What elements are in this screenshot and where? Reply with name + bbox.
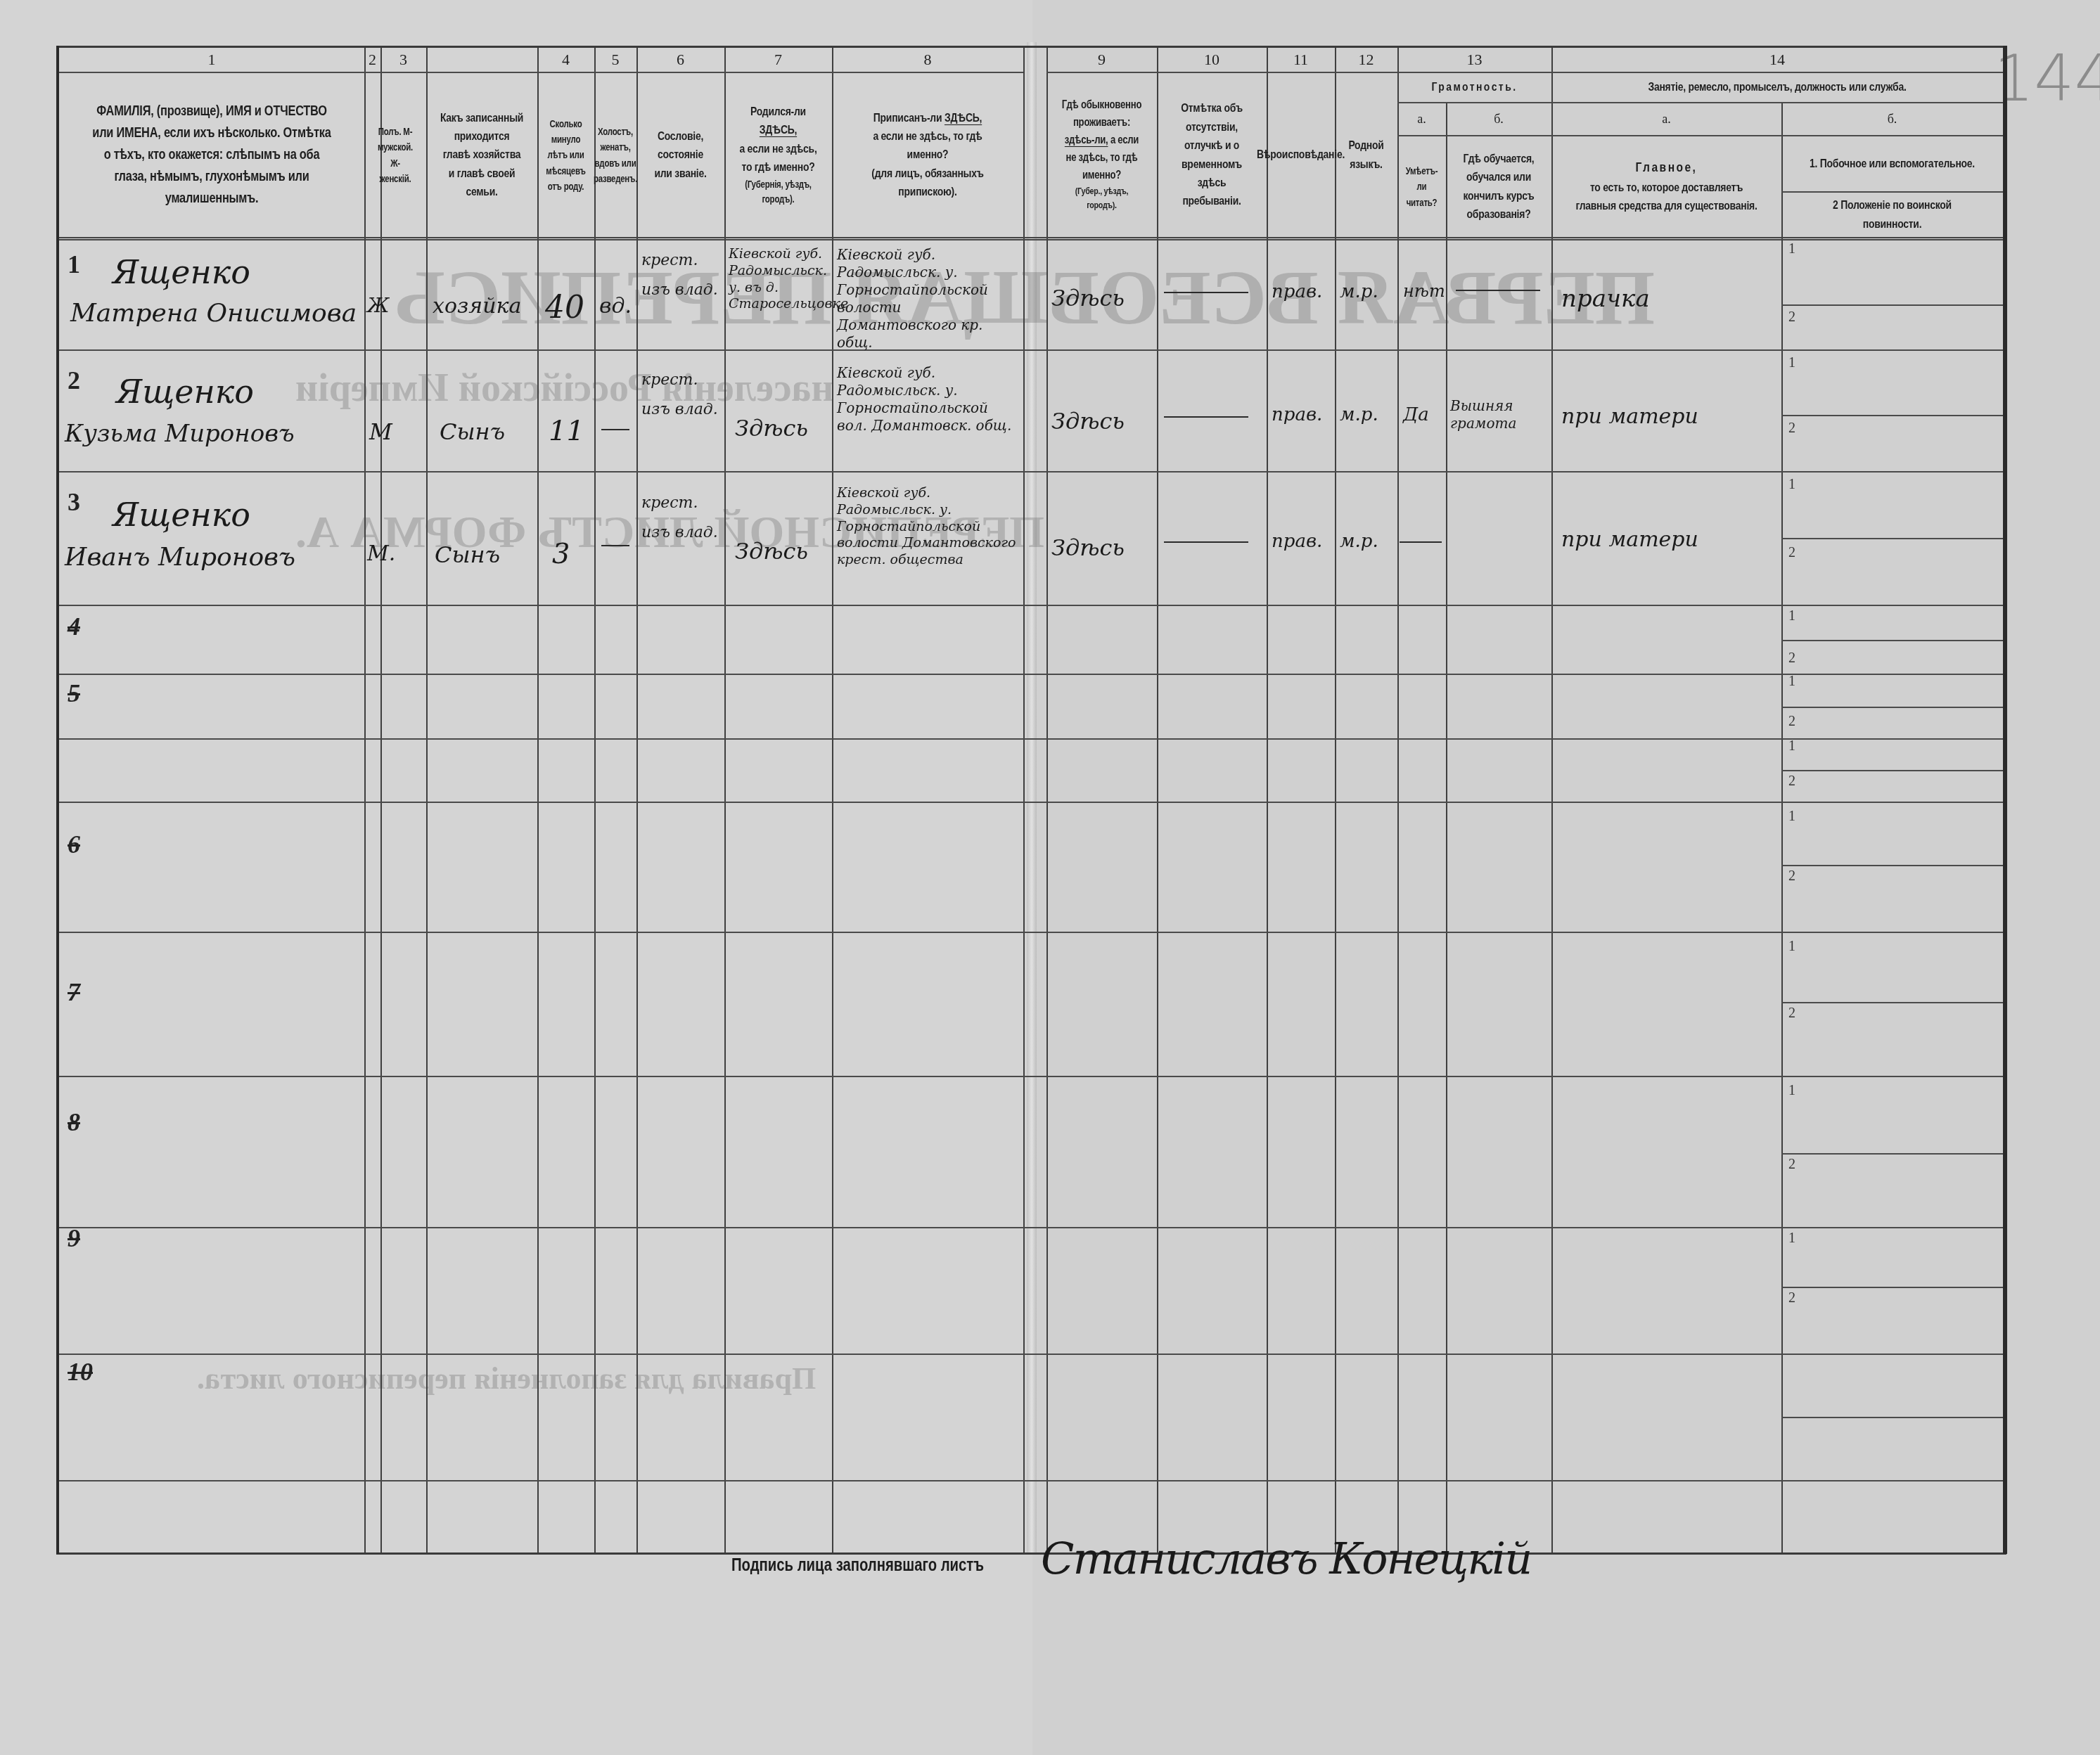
col-num-8: 8 [832, 48, 1023, 72]
col-divider [1397, 48, 1399, 1552]
row-rule [59, 932, 2003, 933]
row3-absence-dash [1164, 541, 1248, 543]
sub-rule [1781, 770, 2003, 771]
row-rule [59, 1354, 2003, 1355]
sub-rule [1781, 538, 2003, 539]
col-divider [1046, 48, 1048, 1552]
col-num-3: 3 [380, 48, 426, 72]
row-rule [59, 1076, 2003, 1077]
col-divider [1267, 48, 1268, 1552]
sub-rule [1781, 707, 2003, 708]
row-number-2: 2 [68, 366, 80, 395]
row3-religion: прав. [1272, 531, 1322, 552]
row3-sex: М. [367, 541, 395, 566]
col-header-marital: Холостъ, женатъ, вдовъ или разведенъ. [598, 73, 632, 237]
col-divider [724, 48, 726, 1552]
occupation-a-header: Главное, то есть то, которое доставляетъ… [1572, 136, 1760, 237]
col-num-1: 1 [59, 48, 364, 72]
sub-label: 1 [1788, 809, 1795, 825]
sub-rule [1781, 304, 2003, 306]
col-header-literacy: Грамотность. [1411, 73, 1538, 102]
col-divider [380, 48, 382, 1552]
row1-literacy-a: нѣт [1403, 281, 1445, 301]
row1-estate: крест. изъ влад. [641, 246, 722, 305]
col-header-residence: Гдѣ обыкновенно проживаетъ: здѣсь-ли, а … [1056, 73, 1147, 237]
sub-label: 1 [1788, 241, 1795, 257]
row-rule [59, 802, 2003, 803]
row2-literacy-a: Да [1403, 404, 1429, 425]
sub-label: 2 [1788, 1290, 1795, 1306]
sub-label: 2 [1788, 714, 1795, 730]
row2-language: м.р. [1340, 404, 1378, 425]
sub-label: 1 [1788, 738, 1795, 754]
census-table-frame [56, 46, 2006, 1555]
row2-registered: Кiевской губ. Радомысльск. у. Горностайп… [837, 364, 1020, 435]
row-rule [59, 674, 2003, 675]
sub-rule [1781, 865, 2003, 866]
col-divider [1023, 48, 1025, 1552]
sub-rule [1781, 1002, 2003, 1003]
row3-relation: Сынъ [435, 541, 500, 568]
row2-absence-dash [1164, 416, 1248, 418]
col-divider [594, 48, 596, 1552]
col-num-3b [426, 48, 537, 72]
col-header-absence: Отмѣтка объ отсутствіи, отлучкѣ и о врем… [1167, 73, 1257, 237]
row1-language: м.р. [1340, 281, 1378, 302]
row1-age: 40 [545, 290, 584, 326]
row1-religion: прав. [1272, 281, 1322, 302]
col-num-12: 12 [1335, 48, 1397, 72]
row2-birthplace: Здѣсь [735, 415, 808, 442]
sub-label: 2 [1788, 1005, 1795, 1022]
row2-residence: Здѣсь [1051, 408, 1125, 435]
sub-label: 1 [1788, 939, 1795, 955]
row1-birthplace: Кiевской губ. Радомысльск. у. въ д. Стар… [729, 246, 831, 313]
literacy-b-header: Гдѣ обучается, обучался или кончилъ курс… [1456, 136, 1542, 237]
col-header-estate: Сословіе, состояніе или званіе. [644, 73, 717, 237]
row3-surname: Ященко [113, 496, 250, 534]
literacy-a-header: Умѣетъ-ли читать? [1402, 136, 1442, 237]
row-number-10: 10 [68, 1357, 93, 1387]
sub-label: 2 [1788, 309, 1795, 326]
row2-surname: Ященко [116, 373, 254, 411]
col-num-2: 2 [364, 48, 380, 72]
occupation-a-label: а. [1551, 103, 1781, 135]
signature-label: Подпись лица заполнявшаго листъ [731, 1554, 984, 1576]
row1-occupation: прачка [1561, 285, 1650, 313]
row-rule [59, 1227, 2003, 1228]
row1-given-names: Матрена Онисимова [70, 299, 357, 328]
row1-absence-dash [1164, 292, 1248, 293]
row3-given-names: Иванъ Мироновъ [65, 543, 295, 572]
row2-sex: М [369, 418, 392, 445]
sub-label: 1 [1788, 477, 1795, 493]
row1-residence: Здѣсь [1051, 285, 1125, 311]
right-border [2003, 46, 2007, 1554]
col-divider [537, 48, 539, 1552]
col-divider [1446, 102, 1447, 1552]
row3-registered: Кiевской губ. Радомысльск. у. Горностайп… [837, 485, 1020, 569]
col-header-name: ФАМИЛІЯ, (прозвище), ИМЯ и ОТЧЕСТВО или … [87, 73, 337, 237]
row1-literacy-b-dash [1456, 290, 1540, 291]
col-header-religion: Вѣроисповѣданіе. [1273, 73, 1329, 237]
row-rule [59, 605, 2003, 606]
row-rule [59, 738, 2003, 740]
col-num-11: 11 [1267, 48, 1335, 72]
row3-occupation: при матери [1561, 527, 1698, 552]
col-num-5: 5 [594, 48, 636, 72]
row1-marital: вд. [599, 294, 632, 319]
sub-label: 1 [1788, 608, 1795, 624]
col-divider [364, 48, 366, 1552]
row-number-8: 8 [68, 1107, 80, 1137]
col-divider [426, 48, 428, 1552]
literacy-b-label: б. [1446, 103, 1551, 135]
row1-surname: Ященко [113, 253, 250, 291]
header-bottom-rule [59, 237, 2003, 240]
col-num-7: 7 [724, 48, 832, 72]
row-number-6: 6 [68, 830, 80, 859]
row2-literacy-b: Вышняя грамота [1450, 397, 1549, 432]
row-rule [59, 471, 2003, 472]
sub-rule [1781, 1153, 2003, 1155]
col-divider [832, 48, 833, 1552]
row1-relation: хозяйка [433, 294, 521, 319]
row-rule [59, 1480, 2003, 1481]
col-divider [1551, 48, 1553, 1552]
row1-registered: Кiевской губ. Радомысльск. у. Горностайп… [837, 246, 1020, 352]
col-divider [1781, 102, 1783, 1552]
sub-label: 2 [1788, 868, 1795, 885]
sub-rule [1781, 1287, 2003, 1288]
row3-marital-dash [601, 545, 629, 546]
col-num-6: 6 [636, 48, 724, 72]
literacy-a-label: а. [1397, 103, 1446, 135]
sub-label: 2 [1788, 1157, 1795, 1173]
sub-label: 1 [1788, 1230, 1795, 1247]
row1-sex: Ж [367, 294, 389, 317]
row2-estate: крест. изъ влад. [641, 366, 722, 425]
row3-literacy-a-dash [1400, 541, 1442, 543]
row3-residence: Здѣсь [1051, 534, 1125, 561]
row-number-1: 1 [68, 250, 80, 279]
row2-marital-dash [601, 429, 629, 430]
row-number-9: 9 [68, 1223, 80, 1253]
row-number-4: 4 [68, 612, 80, 641]
row2-relation: Сынъ [440, 418, 505, 445]
col-divider [1335, 48, 1336, 1552]
sub-label: 1 [1788, 1083, 1795, 1099]
col-header-occupation: Занятіе, ремесло, промыселъ, должность и… [1592, 73, 1962, 102]
row2-occupation: при матери [1561, 404, 1698, 429]
col-header-relation: Какъ записанный приходится главѣ хозяйст… [436, 73, 527, 237]
page-number-annotation: 144 [1994, 42, 2100, 116]
col-num-4: 4 [537, 48, 594, 72]
row3-estate: крест. изъ влад. [641, 489, 722, 548]
col-num-14: 14 [1551, 48, 2003, 72]
col-num-13: 13 [1397, 48, 1551, 72]
row2-religion: прав. [1272, 404, 1322, 425]
row-number-7: 7 [68, 977, 80, 1007]
row3-age: 3 [552, 538, 570, 570]
sub-label: 2 [1788, 773, 1795, 790]
sub-rule [1781, 415, 2003, 416]
sub-label: 2 [1788, 650, 1795, 667]
row3-birthplace: Здѣсь [735, 538, 808, 565]
col-divider [636, 48, 638, 1552]
left-border [56, 46, 59, 1554]
sub-rule [1781, 640, 2003, 641]
col-header-language: Родной языкъ. [1340, 73, 1392, 237]
row-number-5: 5 [68, 679, 80, 708]
row-rule [59, 349, 2003, 351]
sub-label: 2 [1788, 420, 1795, 437]
col-header-age: Сколько минуло лѣтъ или мѣсяцевъ отъ род… [542, 73, 589, 237]
row3-language: м.р. [1340, 531, 1378, 552]
occupation-b-label: б. [1781, 103, 2003, 135]
col-num-9: 9 [1046, 48, 1157, 72]
col-num-10: 10 [1157, 48, 1267, 72]
row-number-3: 3 [68, 487, 80, 517]
row2-given-names: Кузьма Мироновъ [65, 420, 295, 448]
row2-age: 11 [549, 415, 584, 447]
col-header-birthplace: Родился-ли ЗДѢСЬ, а если не здѣсь, то гд… [734, 73, 822, 237]
sub-label: 1 [1788, 674, 1795, 690]
sub-rule [1781, 1417, 2003, 1418]
col-divider [1157, 48, 1158, 1552]
sub-label: 2 [1788, 545, 1795, 561]
signature: Станиславъ Конецкій [1041, 1533, 1531, 1584]
col-header-registered: Приписанъ-ли ЗДѢСЬ, а если не здѣсь, то … [849, 73, 1006, 237]
sub-label: 1 [1788, 355, 1795, 371]
occupation-b1-header: 1. Побочное или вспомогательное. [1801, 136, 1983, 191]
occupation-b2-header: 2 Положеніе по воинской повинности. [1801, 193, 1983, 237]
col-header-sex: Полъ. М-мужской. Ж-женскій. [370, 73, 421, 237]
